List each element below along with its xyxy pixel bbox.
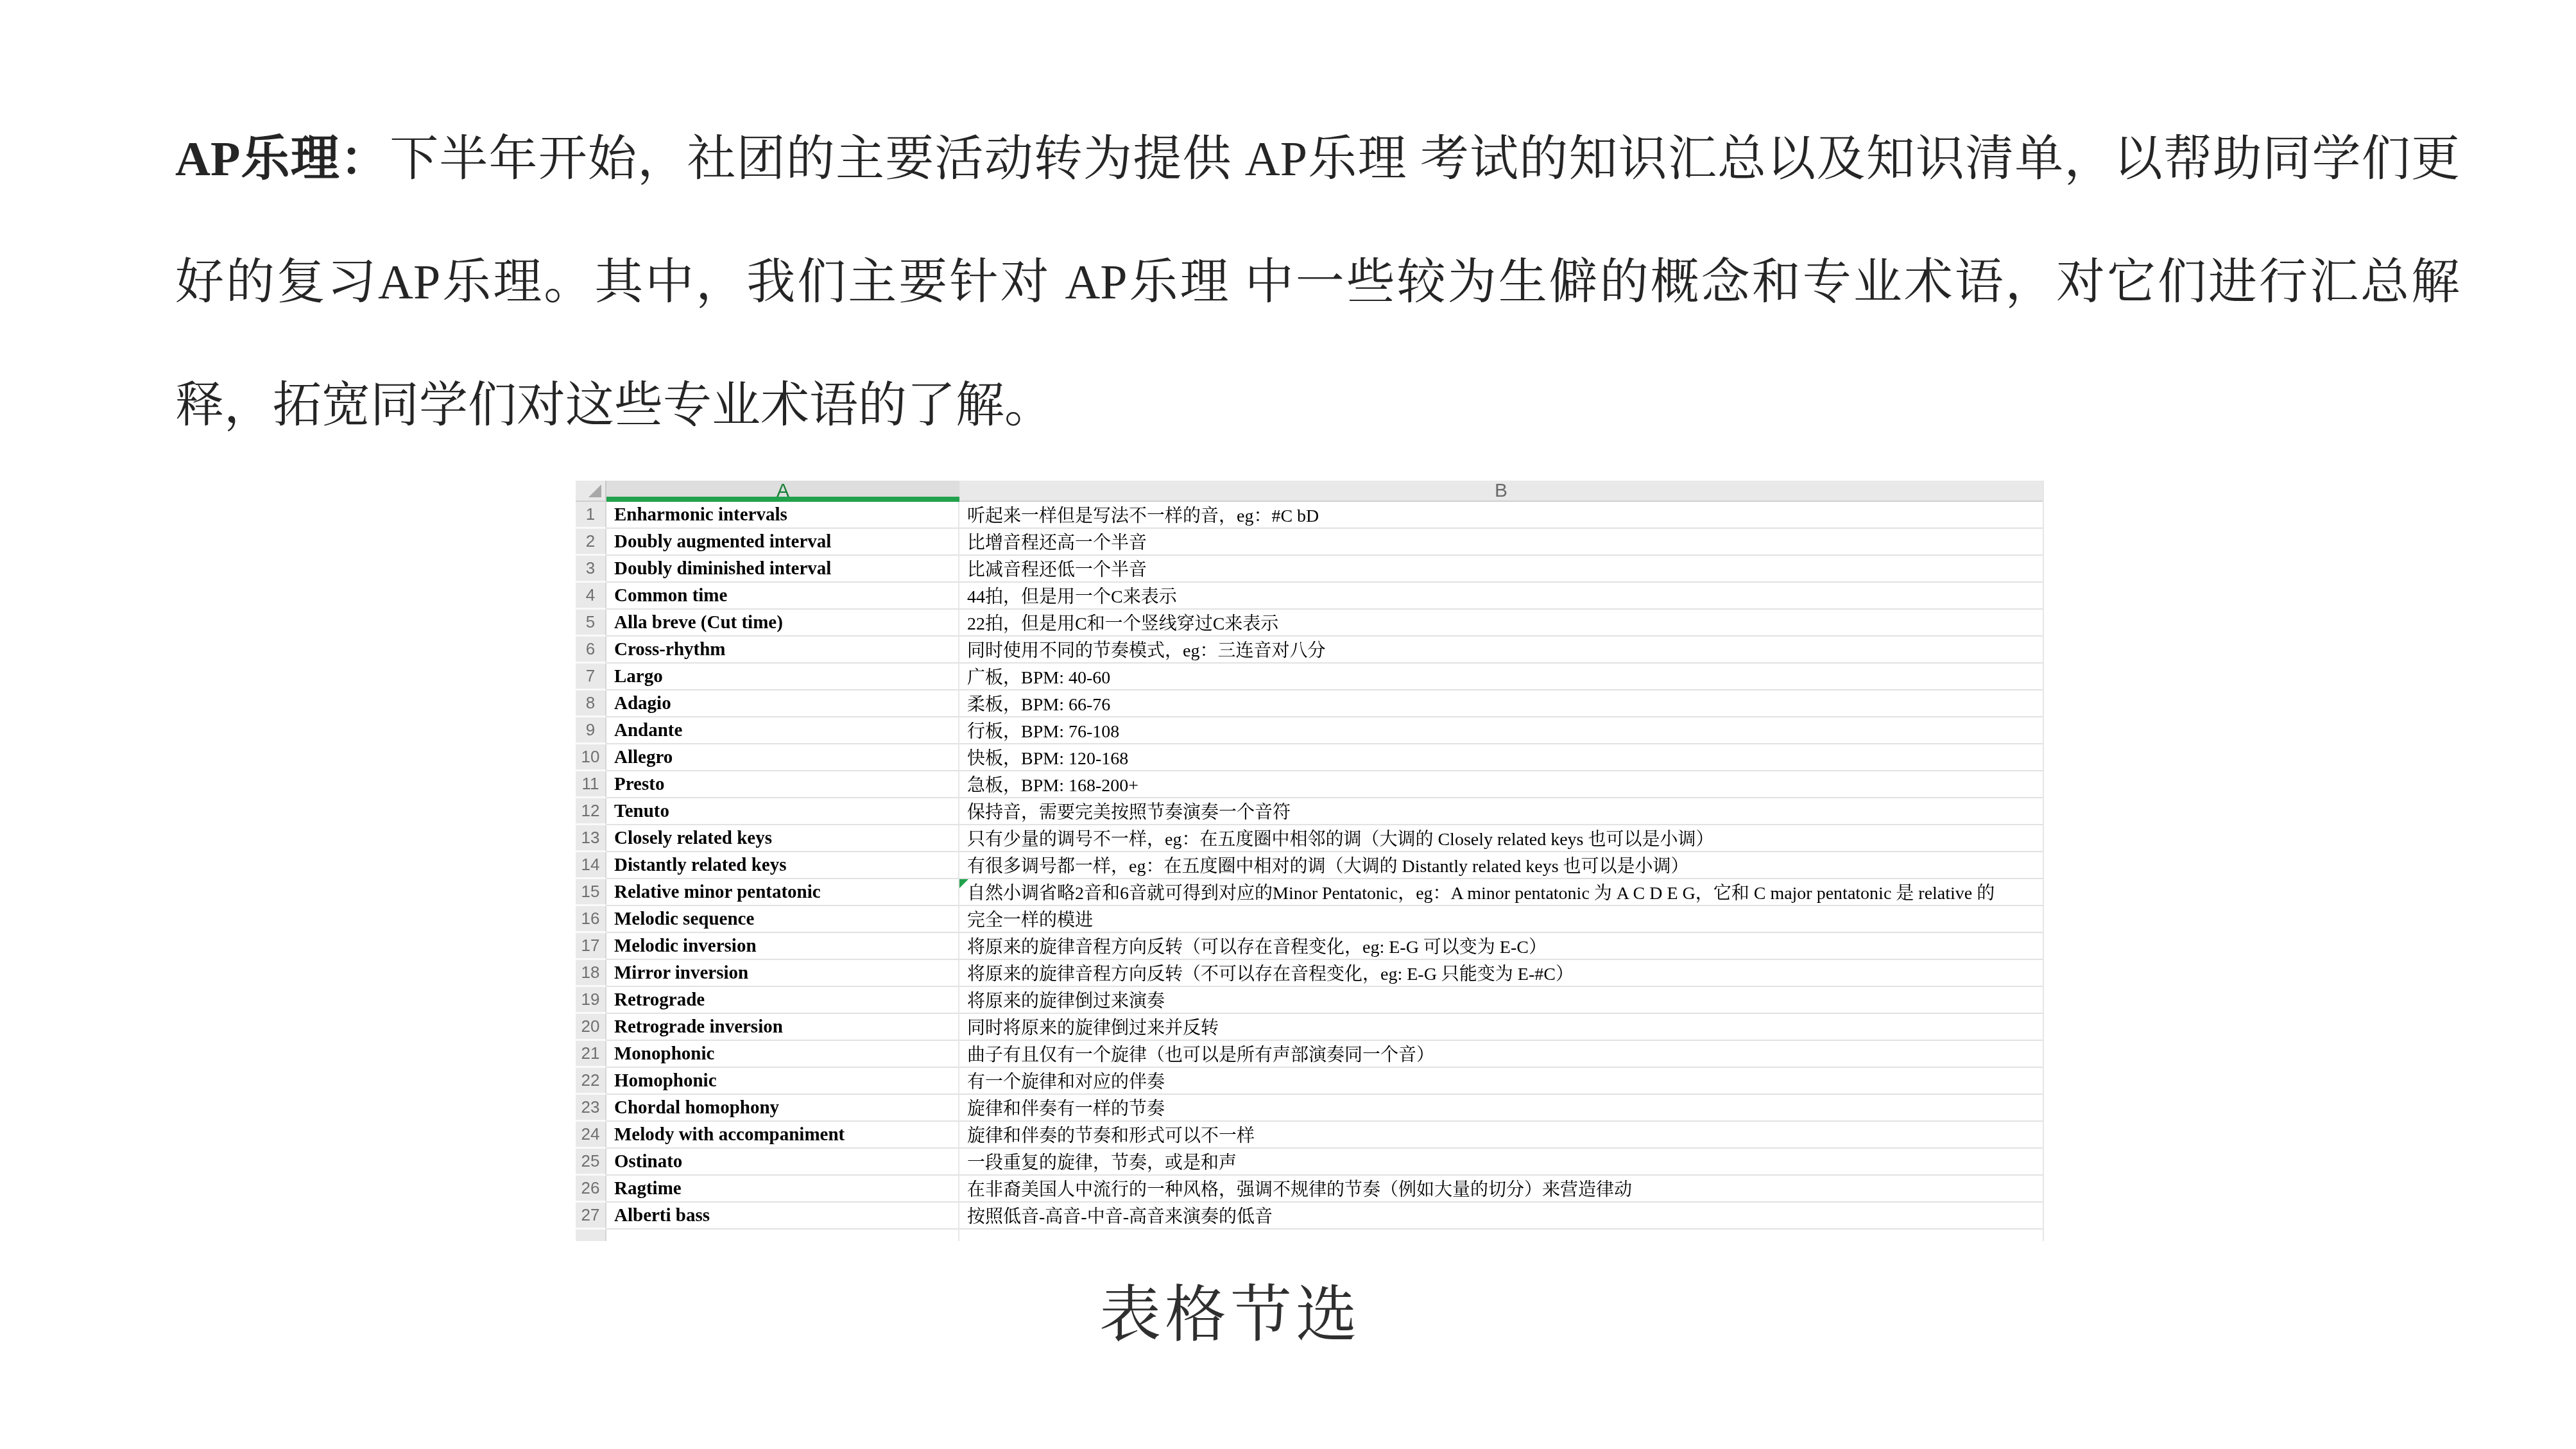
- definition-cell[interactable]: 将原来的旋律倒过来演奏: [959, 987, 2043, 1014]
- table-row: 7Largo广板，BPM: 40-60: [576, 664, 2043, 690]
- row-number[interactable]: 18: [576, 960, 606, 987]
- term-cell[interactable]: Melodic sequence: [606, 906, 959, 933]
- term-cell[interactable]: Ragtime: [606, 1176, 959, 1203]
- term-cell[interactable]: Relative minor pentatonic: [606, 879, 959, 906]
- table-row: 9Andante行板，BPM: 76-108: [576, 717, 2043, 744]
- table-row: 10Allegro快板，BPM: 120-168: [576, 744, 2043, 771]
- term-cell[interactable]: Chordal homophony: [606, 1095, 959, 1122]
- row-number[interactable]: 4: [576, 583, 606, 610]
- row-number[interactable]: 27: [576, 1203, 606, 1230]
- table-row: 17Melodic inversion将原来的旋律音程方向反转（可以存在音程变化…: [576, 933, 2043, 960]
- definition-cell[interactable]: 在非裔美国人中流行的一种风格，强调不规律的节奏（例如大量的切分）来营造律动: [959, 1176, 2043, 1203]
- definition-cell[interactable]: 有一个旋律和对应的伴奏: [959, 1068, 2043, 1095]
- term-cell[interactable]: Cross-rhythm: [606, 637, 959, 664]
- select-all-triangle-icon: [588, 484, 601, 497]
- spreadsheet: A B 1Enharmonic intervals听起来一样但是写法不一样的音，…: [576, 481, 2044, 1241]
- row-number[interactable]: 5: [576, 610, 606, 637]
- row-number[interactable]: 17: [576, 933, 606, 960]
- row-number[interactable]: 10: [576, 744, 606, 771]
- table-row: 12Tenuto保持音，需要完美按照节奏演奏一个音符: [576, 798, 2043, 825]
- definition-cell[interactable]: 完全一样的模进: [959, 906, 2043, 933]
- table-row: 1Enharmonic intervals听起来一样但是写法不一样的音，eg：#…: [576, 502, 2043, 529]
- definition-cell[interactable]: 柔板，BPM: 66-76: [959, 690, 2043, 717]
- paragraph-lead: AP乐理：: [175, 132, 390, 186]
- term-cell[interactable]: [606, 1230, 959, 1241]
- definition-cell[interactable]: 急板，BPM: 168-200+: [959, 771, 2043, 798]
- sheet-rows: 1Enharmonic intervals听起来一样但是写法不一样的音，eg：#…: [576, 502, 2043, 1230]
- row-number[interactable]: [576, 1230, 606, 1241]
- row-number[interactable]: 23: [576, 1095, 606, 1122]
- selected-column-indicator: [606, 497, 959, 502]
- partial-row: [576, 1230, 2043, 1241]
- select-all-corner[interactable]: [576, 481, 606, 502]
- row-number[interactable]: 20: [576, 1014, 606, 1041]
- term-cell[interactable]: Doubly diminished interval: [606, 556, 959, 583]
- table-row: 5Alla breve (Cut time)22拍，但是用C和一个竖线穿过C来表…: [576, 610, 2043, 637]
- term-cell[interactable]: Mirror inversion: [606, 960, 959, 987]
- term-cell[interactable]: Retrograde: [606, 987, 959, 1014]
- table-row: 15Relative minor pentatonic自然小调省略2音和6音就可…: [576, 879, 2043, 906]
- definition-cell[interactable]: 同时使用不同的节奏模式，eg：三连音对八分: [959, 637, 2043, 664]
- paragraph-body: 下半年开始，社团的主要活动转为提供 AP乐理 考试的知识汇总以及知识清单，以帮助…: [175, 132, 2460, 433]
- table-row: 22Homophonic有一个旋律和对应的伴奏: [576, 1068, 2043, 1095]
- row-number[interactable]: 25: [576, 1149, 606, 1176]
- definition-cell[interactable]: 将原来的旋律音程方向反转（可以存在音程变化，eg: E-G 可以变为 E-C）: [959, 933, 2043, 960]
- definition-cell[interactable]: 快板，BPM: 120-168: [959, 744, 2043, 771]
- row-number[interactable]: 13: [576, 825, 606, 852]
- definition-cell[interactable]: 自然小调省略2音和6音就可得到对应的Minor Pentatonic，eg：A …: [959, 879, 2043, 906]
- term-cell[interactable]: Monophonic: [606, 1041, 959, 1068]
- row-number[interactable]: 11: [576, 771, 606, 798]
- table-row: 14Distantly related keys有很多调号都一样，eg：在五度圈…: [576, 852, 2043, 879]
- definition-cell[interactable]: 广板，BPM: 40-60: [959, 664, 2043, 690]
- term-cell[interactable]: Alla breve (Cut time): [606, 610, 959, 637]
- row-number[interactable]: 16: [576, 906, 606, 933]
- row-number[interactable]: 6: [576, 637, 606, 664]
- term-cell[interactable]: Distantly related keys: [606, 852, 959, 879]
- row-number[interactable]: 19: [576, 987, 606, 1014]
- term-cell[interactable]: Melodic inversion: [606, 933, 959, 960]
- definition-cell[interactable]: 比增音程还高一个半音: [959, 529, 2043, 556]
- row-number[interactable]: 7: [576, 664, 606, 690]
- term-cell[interactable]: Andante: [606, 717, 959, 744]
- column-header-a[interactable]: A: [606, 481, 959, 502]
- cell-note-marker-icon: [959, 879, 968, 888]
- table-row: 16Melodic sequence完全一样的模进: [576, 906, 2043, 933]
- table-row: 18Mirror inversion将原来的旋律音程方向反转（不可以存在音程变化…: [576, 960, 2043, 987]
- table-row: 4Common time44拍，但是用一个C来表示: [576, 583, 2043, 610]
- definition-cell[interactable]: 同时将原来的旋律倒过来并反转: [959, 1014, 2043, 1041]
- row-number[interactable]: 22: [576, 1068, 606, 1095]
- table-row: 25Ostinato一段重复的旋律，节奏，或是和声: [576, 1149, 2043, 1176]
- row-number[interactable]: 1: [576, 502, 606, 529]
- table-row: 2Doubly augmented interval比增音程还高一个半音: [576, 529, 2043, 556]
- table-row: 3Doubly diminished interval比减音程还低一个半音: [576, 556, 2043, 583]
- sheet-header-row: A B: [576, 481, 2043, 502]
- definition-cell[interactable]: 只有少量的调号不一样，eg：在五度圈中相邻的调（大调的 Closely rela…: [959, 825, 2043, 852]
- term-cell[interactable]: Allegro: [606, 744, 959, 771]
- table-row: 6Cross-rhythm同时使用不同的节奏模式，eg：三连音对八分: [576, 637, 2043, 664]
- row-number[interactable]: 14: [576, 852, 606, 879]
- table-row: 19Retrograde将原来的旋律倒过来演奏: [576, 987, 2043, 1014]
- definition-cell[interactable]: 曲子有且仅有一个旋律（也可以是所有声部演奏同一个音）: [959, 1041, 2043, 1068]
- definition-cell[interactable]: 将原来的旋律音程方向反转（不可以存在音程变化，eg: E-G 只能变为 E-#C…: [959, 960, 2043, 987]
- term-cell[interactable]: Retrograde inversion: [606, 1014, 959, 1041]
- column-header-b[interactable]: B: [959, 481, 2043, 502]
- table-row: 24Melody with accompaniment旋律和伴奏的节奏和形式可以…: [576, 1122, 2043, 1149]
- definition-cell[interactable]: [959, 1230, 2043, 1241]
- table-caption: 表格节选: [576, 1265, 1885, 1353]
- term-cell[interactable]: Alberti bass: [606, 1203, 959, 1230]
- term-cell[interactable]: Enharmonic intervals: [606, 502, 959, 529]
- table-row: 13Closely related keys只有少量的调号不一样，eg：在五度圈…: [576, 825, 2043, 852]
- definition-cell[interactable]: 22拍，但是用C和一个竖线穿过C来表示: [959, 610, 2043, 637]
- definition-cell[interactable]: 一段重复的旋律，节奏，或是和声: [959, 1149, 2043, 1176]
- term-cell[interactable]: Homophonic: [606, 1068, 959, 1095]
- definition-cell[interactable]: 按照低音-高音-中音-高音来演奏的低音: [959, 1203, 2043, 1230]
- definition-cell[interactable]: 保持音，需要完美按照节奏演奏一个音符: [959, 798, 2043, 825]
- table-row: 11Presto急板，BPM: 168-200+: [576, 771, 2043, 798]
- term-cell[interactable]: Tenuto: [606, 798, 959, 825]
- term-cell[interactable]: Presto: [606, 771, 959, 798]
- table-row: 20Retrograde inversion同时将原来的旋律倒过来并反转: [576, 1014, 2043, 1041]
- row-number[interactable]: 12: [576, 798, 606, 825]
- definition-cell[interactable]: 旋律和伴奏的节奏和形式可以不一样: [959, 1122, 2043, 1149]
- definition-cell[interactable]: 有很多调号都一样，eg：在五度圈中相对的调（大调的 Distantly rela…: [959, 852, 2043, 879]
- row-number[interactable]: 21: [576, 1041, 606, 1068]
- term-cell[interactable]: Common time: [606, 583, 959, 610]
- table-row: 27Alberti bass按照低音-高音-中音-高音来演奏的低音: [576, 1203, 2043, 1230]
- table-row: 26Ragtime在非裔美国人中流行的一种风格，强调不规律的节奏（例如大量的切分…: [576, 1176, 2043, 1203]
- intro-paragraph: AP乐理：下半年开始，社团的主要活动转为提供 AP乐理 考试的知识汇总以及知识清…: [175, 98, 2460, 467]
- row-number[interactable]: 2: [576, 529, 606, 556]
- row-number[interactable]: 9: [576, 717, 606, 744]
- term-cell[interactable]: Ostinato: [606, 1149, 959, 1176]
- row-number[interactable]: 8: [576, 690, 606, 717]
- term-cell[interactable]: Melody with accompaniment: [606, 1122, 959, 1149]
- row-number[interactable]: 15: [576, 879, 606, 906]
- definition-cell[interactable]: 行板，BPM: 76-108: [959, 717, 2043, 744]
- row-number[interactable]: 3: [576, 556, 606, 583]
- row-number[interactable]: 24: [576, 1122, 606, 1149]
- definition-cell[interactable]: 44拍，但是用一个C来表示: [959, 583, 2043, 610]
- term-cell[interactable]: Closely related keys: [606, 825, 959, 852]
- term-cell[interactable]: Largo: [606, 664, 959, 690]
- table-row: 21Monophonic曲子有且仅有一个旋律（也可以是所有声部演奏同一个音）: [576, 1041, 2043, 1068]
- term-cell[interactable]: Adagio: [606, 690, 959, 717]
- table-row: 23Chordal homophony旋律和伴奏有一样的节奏: [576, 1095, 2043, 1122]
- table-row: 8Adagio柔板，BPM: 66-76: [576, 690, 2043, 717]
- definition-cell[interactable]: 比减音程还低一个半音: [959, 556, 2043, 583]
- column-header-b-label: B: [1495, 481, 1507, 502]
- definition-cell[interactable]: 旋律和伴奏有一样的节奏: [959, 1095, 2043, 1122]
- term-cell[interactable]: Doubly augmented interval: [606, 529, 959, 556]
- definition-cell[interactable]: 听起来一样但是写法不一样的音，eg：#C bD: [959, 502, 2043, 529]
- row-number[interactable]: 26: [576, 1176, 606, 1203]
